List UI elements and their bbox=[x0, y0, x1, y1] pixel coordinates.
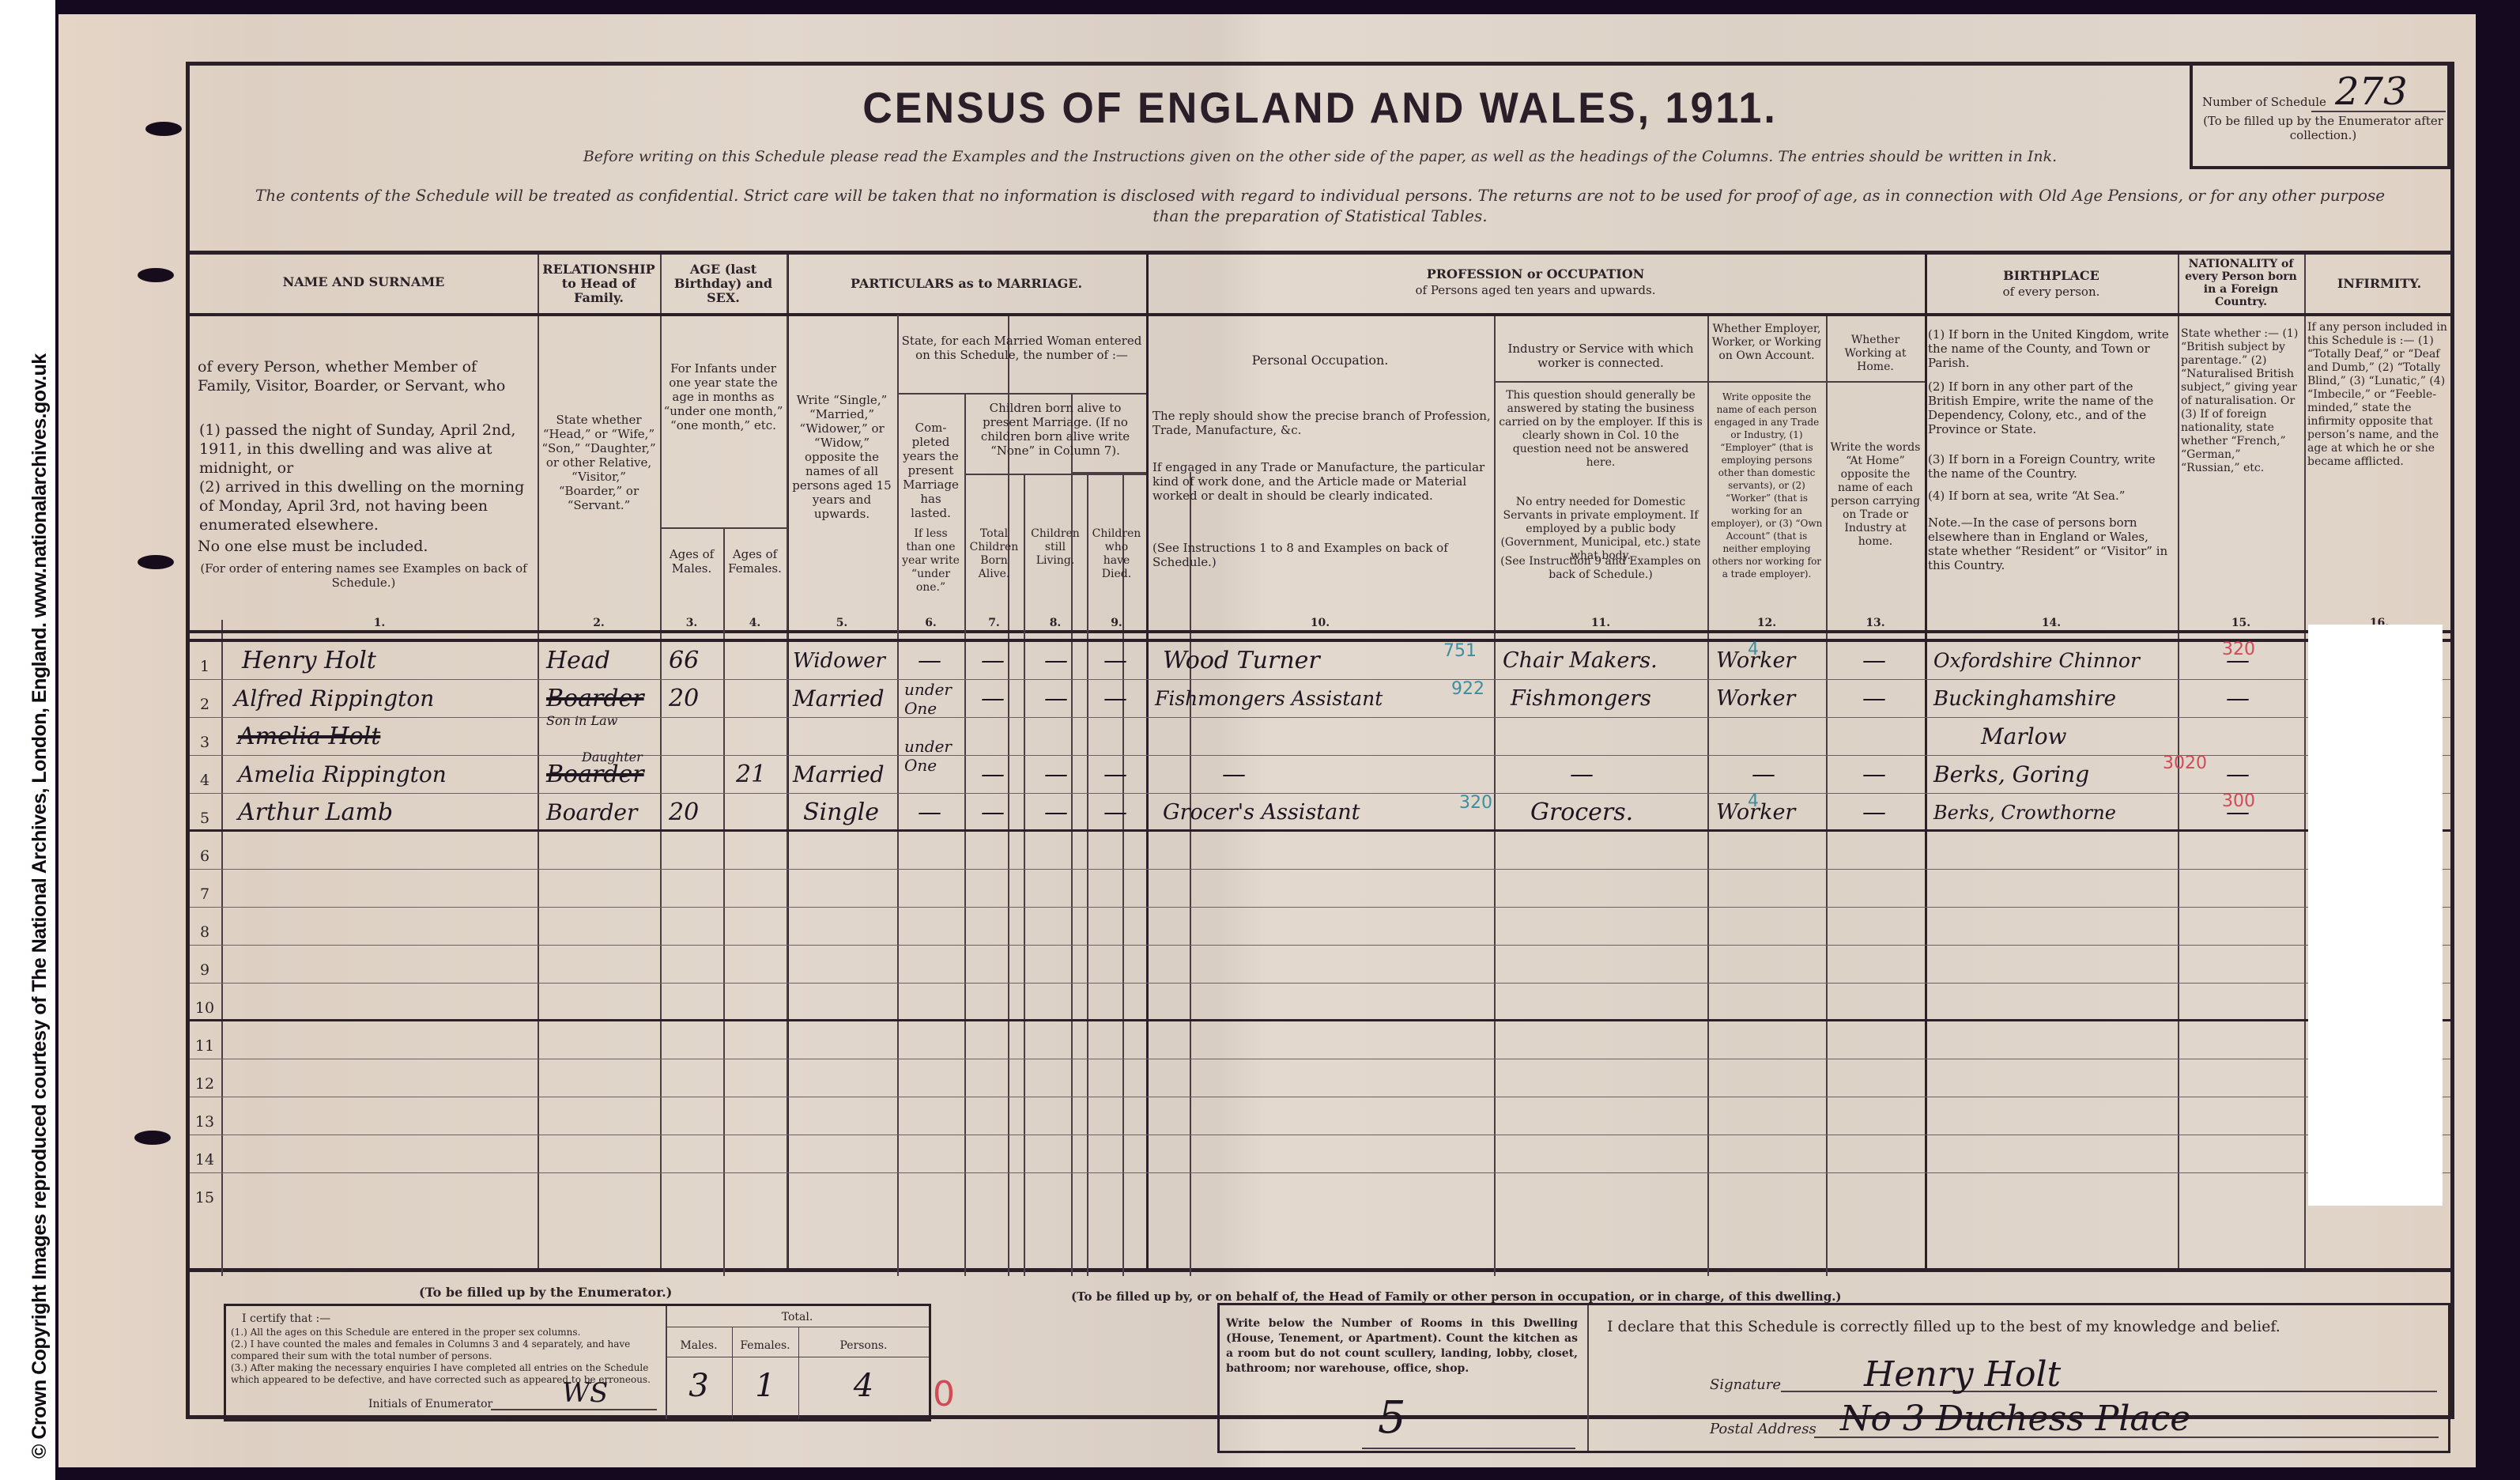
cell-children-died[interactable]: — bbox=[1099, 794, 1127, 832]
cell-children-born[interactable]: — bbox=[976, 680, 1005, 718]
cell-age-male[interactable]: 20 bbox=[664, 794, 699, 832]
col-birthplace-subtitle: of every person. bbox=[1925, 285, 2178, 299]
table-row: 12 bbox=[190, 1059, 2450, 1097]
cell-occupation-code: 751 bbox=[1439, 632, 1477, 670]
total-persons[interactable]: 4 bbox=[798, 1368, 929, 1404]
col-birthplace-desc-3: (3) If born in a Foreign Country, write … bbox=[1925, 452, 2178, 481]
col-industry-desc-1: This question should generally be answer… bbox=[1494, 389, 1707, 470]
col-age-females: Ages of Females. bbox=[723, 547, 787, 576]
cell-children-born[interactable]: — bbox=[976, 642, 1005, 680]
cell-nationality[interactable]: — bbox=[2221, 680, 2250, 718]
cell-years-married[interactable]: — bbox=[913, 794, 941, 832]
declaration-text: I declare that this Schedule is correctl… bbox=[1607, 1318, 2280, 1335]
table-row: 2 Alfred Rippington Boarder Son in Law 2… bbox=[190, 680, 2450, 718]
occupier-declaration-box: Write below the Number of Rooms in this … bbox=[1217, 1303, 2450, 1453]
cell-children-born[interactable]: — bbox=[976, 756, 1005, 794]
col-industry: Industry or Service with which worker is… bbox=[1494, 342, 1707, 370]
certify-intro: I certify that :— bbox=[242, 1312, 330, 1326]
col-age-desc: For Infants under one year state the age… bbox=[660, 361, 787, 432]
col-name-desc-1: of every Person, whether Member of Famil… bbox=[190, 357, 538, 395]
cell-years-married[interactable]: — bbox=[913, 642, 941, 680]
census-table: NAME AND SURNAME of every Person, whethe… bbox=[190, 251, 2450, 1272]
table-row: 15 bbox=[190, 1173, 2450, 1211]
cell-name-crossed-out[interactable]: Amelia Holt bbox=[233, 718, 380, 756]
cell-relationship[interactable]: Head bbox=[541, 642, 610, 680]
cell-name[interactable]: Amelia Rippington bbox=[233, 756, 447, 794]
col-name-desc-3: (2) arrived in this dwelling on the morn… bbox=[190, 478, 538, 534]
col-personal-desc-2: If engaged in any Trade or Manufacture, … bbox=[1146, 460, 1494, 503]
males-label: Males. bbox=[666, 1339, 732, 1353]
col-industry-desc-3: (See Instruction 9 and Examples on back … bbox=[1494, 555, 1707, 582]
cell-occupation[interactable]: Grocer's Assistant bbox=[1158, 794, 1360, 832]
cell-birthplace[interactable]: Berks, Goring bbox=[1929, 756, 2089, 794]
col-birthplace-desc-2: (2) If born in any other part of the Bri… bbox=[1925, 379, 2178, 436]
col-children: Children born alive to present Marriage.… bbox=[964, 401, 1146, 458]
cell-industry[interactable]: Chair Makers. bbox=[1498, 642, 1658, 680]
postal-address-label: Postal Address bbox=[1710, 1421, 1816, 1437]
total-label: Total. bbox=[666, 1311, 929, 1324]
confidential-notice-cont: than the preparation of Statistical Tabl… bbox=[190, 206, 2450, 225]
col-number: 7. bbox=[964, 617, 1024, 629]
col-nationality-title: NATIONALITY of every Person born in a Fo… bbox=[2178, 258, 2304, 308]
cell-birthplace[interactable]: Buckinghamshire bbox=[1929, 680, 2116, 718]
col-infirmity-desc: If any person included in this Schedule … bbox=[2304, 321, 2454, 469]
cell-nationality[interactable]: — bbox=[2221, 794, 2250, 832]
cell-condition[interactable]: Widower bbox=[788, 642, 885, 680]
col-personal-desc-1: The reply should show the precise branch… bbox=[1146, 409, 1494, 437]
cell-children-living[interactable]: — bbox=[1039, 794, 1068, 832]
col-name-desc-5: (For order of entering names see Example… bbox=[190, 561, 538, 590]
punch-hole-icon bbox=[145, 122, 182, 136]
col-number: 4. bbox=[723, 617, 787, 629]
ink-instruction: Before writing on this Schedule please r… bbox=[190, 148, 2450, 165]
col-birthplace-title: BIRTHPLACE bbox=[1925, 269, 2178, 283]
cell-industry[interactable]: — bbox=[1565, 756, 1594, 794]
cell-years-married[interactable]: under One bbox=[900, 737, 967, 775]
table-row: 6 bbox=[190, 832, 2450, 870]
cell-condition[interactable]: Married bbox=[788, 756, 885, 794]
col-number: 14. bbox=[1925, 617, 2178, 629]
col-birthplace-desc-4: (4) If born at sea, write “At Sea.” bbox=[1925, 489, 2178, 503]
col-number: 9. bbox=[1087, 617, 1146, 629]
col-number: 12. bbox=[1707, 617, 1826, 629]
females-label: Females. bbox=[732, 1339, 798, 1353]
col-relationship-desc: State whether “Head,” or “Wife,” “Son,” … bbox=[538, 413, 660, 512]
col-marriage-condition: Write “Single,” “Married,” “Widower,” or… bbox=[787, 393, 897, 521]
cell-age-male[interactable]: 20 bbox=[664, 680, 699, 718]
col-children-died: Children who have Died. bbox=[1087, 527, 1146, 581]
cell-condition[interactable]: Married bbox=[788, 680, 885, 718]
table-row: 13 bbox=[190, 1097, 2450, 1135]
table-row: 4 Amelia Rippington Boarder Daughter 21 … bbox=[190, 756, 2450, 794]
col-age-title: AGE (last Birthday) and SEX. bbox=[660, 262, 787, 305]
col-birthplace-note: Note.—In the case of persons born elsewh… bbox=[1925, 515, 2178, 572]
persons-label: Persons. bbox=[798, 1339, 929, 1353]
cell-name[interactable]: Alfred Rippington bbox=[229, 680, 434, 718]
enumerator-initials[interactable]: WS bbox=[562, 1377, 608, 1409]
col-age-males: Ages of Males. bbox=[660, 547, 723, 576]
schedule-number-note: (To be filled up by the Enumerator after… bbox=[2199, 114, 2447, 142]
total-males[interactable]: 3 bbox=[666, 1368, 732, 1404]
cell-at-home[interactable]: — bbox=[1858, 642, 1886, 680]
col-number: 3. bbox=[660, 617, 723, 629]
copyright-credit-strip: © Crown Copyright Images reproduced cour… bbox=[0, 0, 55, 1480]
col-occupation-subtitle: of Persons aged ten years and upwards. bbox=[1146, 283, 1925, 297]
cell-employment[interactable]: Worker bbox=[1711, 680, 1795, 718]
cell-birthplace[interactable]: Marlow bbox=[1976, 718, 2067, 756]
cell-children-living[interactable]: — bbox=[1039, 680, 1068, 718]
table-row: 5 Arthur Lamb Boarder 20 Single — — — — … bbox=[190, 794, 2450, 832]
col-number: 11. bbox=[1494, 617, 1707, 629]
cell-children-living[interactable]: — bbox=[1039, 756, 1068, 794]
enumerator-heading: (To be filled up by the Enumerator.) bbox=[419, 1285, 672, 1300]
cell-nationality-code: 3020 bbox=[2158, 745, 2207, 783]
census-form: CENSUS OF ENGLAND AND WALES, 1911. Befor… bbox=[186, 62, 2454, 1419]
cell-age-female[interactable]: 21 bbox=[731, 756, 766, 794]
table-row: 1 Henry Holt Head 66 Widower — — — — Woo… bbox=[190, 642, 2450, 680]
cell-years-married[interactable]: under One bbox=[900, 680, 967, 718]
cell-occupation[interactable]: Wood Turner bbox=[1158, 642, 1320, 680]
cell-occupation-code: 320 bbox=[1454, 784, 1492, 822]
col-home: Whether Working at Home. bbox=[1826, 334, 1925, 374]
cell-age-male[interactable]: 66 bbox=[664, 642, 699, 680]
cell-name[interactable]: Henry Holt bbox=[237, 642, 376, 680]
postal-address-value[interactable]: No 3 Duchess Place bbox=[1840, 1399, 2190, 1439]
cell-occupation-code: 922 bbox=[1447, 670, 1484, 708]
signature-label: Signature bbox=[1710, 1376, 1781, 1393]
cell-children-died[interactable]: — bbox=[1099, 680, 1127, 718]
cell-condition[interactable]: Single bbox=[798, 794, 879, 832]
col-number: 8. bbox=[1024, 617, 1087, 629]
cell-industry[interactable]: Grocers. bbox=[1526, 794, 1633, 832]
cell-employment-code: 4 bbox=[1743, 783, 1759, 821]
col-number: 5. bbox=[787, 617, 897, 629]
cell-at-home[interactable]: — bbox=[1858, 680, 1886, 718]
redacted-infirmity-area bbox=[2308, 625, 2443, 1206]
col-home-desc: Write the words “At Home” opposite the n… bbox=[1826, 441, 1925, 549]
form-title: CENSUS OF ENGLAND AND WALES, 1911. bbox=[190, 84, 2450, 134]
col-name-desc-4: No one else must be included. bbox=[190, 539, 538, 553]
table-row: 14 bbox=[190, 1135, 2450, 1173]
schedule-number-box: Number of Schedule 273 (To be filled up … bbox=[2190, 62, 2450, 169]
cell-children-born[interactable]: — bbox=[976, 794, 1005, 832]
cell-at-home[interactable]: — bbox=[1858, 756, 1886, 794]
initials-label: Initials of Enumerator bbox=[368, 1398, 492, 1411]
rooms-count[interactable]: 5 bbox=[1378, 1392, 1406, 1444]
punch-hole-icon bbox=[134, 1131, 171, 1145]
red-check-mark: 0 bbox=[933, 1374, 955, 1414]
cell-children-died[interactable]: — bbox=[1099, 642, 1127, 680]
copyright-credit-text: © Crown Copyright Images reproduced cour… bbox=[28, 353, 51, 1459]
enumerator-certificate-box: I certify that :— (1.) All the ages on t… bbox=[224, 1304, 931, 1421]
cell-relationship[interactable]: Boarder bbox=[541, 794, 637, 832]
col-name-desc-2: (1) passed the night of Sunday, April 2n… bbox=[190, 421, 538, 478]
total-females[interactable]: 1 bbox=[732, 1368, 798, 1404]
cell-occupation[interactable]: Fishmongers Assistant bbox=[1150, 680, 1383, 718]
col-marriage-years-note: If less than one year write “under one.” bbox=[897, 527, 964, 595]
col-number: 13. bbox=[1826, 617, 1925, 629]
col-occupation-title: PROFESSION or OCCUPATION bbox=[1146, 267, 1925, 281]
col-employer: Whether Employer, Worker, or Working on … bbox=[1707, 323, 1826, 363]
table-row: 9 bbox=[190, 946, 2450, 984]
rooms-instructions: Write below the Number of Rooms in this … bbox=[1226, 1316, 1578, 1376]
occupier-heading: (To be filled up by, or on behalf of, th… bbox=[1071, 1289, 1842, 1304]
schedule-number-label: Number of Schedule bbox=[2202, 95, 2326, 109]
col-number: 6. bbox=[897, 617, 964, 629]
schedule-number-value[interactable]: 273 bbox=[2335, 70, 2408, 114]
punch-hole-icon bbox=[138, 268, 174, 282]
table-row: 7 bbox=[190, 870, 2450, 908]
cell-nationality[interactable]: — bbox=[2221, 642, 2250, 680]
table-row: 11 bbox=[190, 1021, 2450, 1059]
confidential-notice: The contents of the Schedule will be tre… bbox=[190, 186, 2450, 205]
col-marriage-years: Com-pleted years the present Marriage ha… bbox=[897, 421, 964, 520]
col-personal-occupation: Personal Occupation. bbox=[1146, 353, 1494, 368]
col-industry-desc-2: No entry needed for Domestic Servants in… bbox=[1494, 496, 1707, 563]
col-employer-desc: Write opposite the name of each person e… bbox=[1707, 391, 1826, 580]
col-marriage-title: PARTICULARS as to MARRIAGE. bbox=[787, 277, 1146, 291]
col-children-living: Children still Living. bbox=[1024, 527, 1087, 568]
cell-children-died[interactable]: — bbox=[1099, 756, 1127, 794]
cell-employment-code: 4 bbox=[1743, 631, 1759, 669]
table-row: 8 bbox=[190, 908, 2450, 946]
col-infirmity-title: INFIRMITY. bbox=[2304, 277, 2454, 291]
col-name-title: NAME AND SURNAME bbox=[190, 275, 538, 289]
col-birthplace-desc-1: (1) If born in the United Kingdom, write… bbox=[1925, 327, 2178, 370]
col-number: 15. bbox=[2178, 617, 2304, 629]
cell-occupation[interactable]: — bbox=[1217, 756, 1246, 794]
cell-at-home[interactable]: — bbox=[1858, 794, 1886, 832]
col-personal-desc-3: (See Instructions 1 to 8 and Examples on… bbox=[1146, 541, 1494, 569]
signature-value[interactable]: Henry Holt bbox=[1864, 1354, 2061, 1395]
col-relationship-title: RELATIONSHIP to Head of Family. bbox=[538, 262, 660, 305]
punch-hole-icon bbox=[138, 555, 174, 569]
table-row: 10 bbox=[190, 984, 2450, 1021]
cell-children-living[interactable]: — bbox=[1039, 642, 1068, 680]
cell-relationship-correction: Daughter bbox=[577, 738, 643, 776]
certify-item-2: (2.) I have counted the males and female… bbox=[231, 1338, 662, 1362]
col-children-born: Total Children Born Alive. bbox=[964, 527, 1024, 581]
cell-name[interactable]: Arthur Lamb bbox=[233, 794, 393, 832]
certify-item-1: (1.) All the ages on this Schedule are e… bbox=[231, 1327, 662, 1338]
table-row: 3 Amelia Holt Marlow bbox=[190, 718, 2450, 756]
cell-birthplace[interactable]: Berks, Crowthorne bbox=[1929, 794, 2116, 832]
col-nationality-desc: State whether :— (1) “British subject by… bbox=[2178, 327, 2304, 475]
cell-industry[interactable]: Fishmongers bbox=[1506, 680, 1651, 718]
col-number: 2. bbox=[538, 617, 660, 629]
col-number: 1. bbox=[221, 617, 538, 629]
col-married-woman: State, for each Married Woman entered on… bbox=[897, 334, 1146, 362]
cell-birthplace[interactable]: Oxfordshire Chinnor bbox=[1929, 642, 2140, 680]
col-number: 10. bbox=[1146, 617, 1494, 629]
